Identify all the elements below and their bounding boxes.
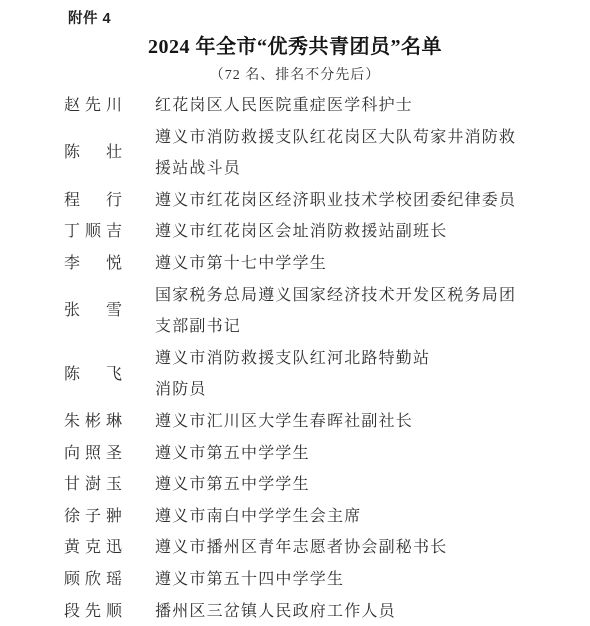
list-item: 程 行 遵义市红花岗区经济职业技术学校团委纪律委员: [64, 185, 580, 217]
list-item: 徐子翀 遵义市南白中学学生会主席: [64, 501, 580, 533]
list-item: 丁顺吉 遵义市红花岗区会址消防救援站副班长: [64, 216, 580, 248]
member-name: 张 雪: [64, 295, 122, 327]
list-item: 张 雪 国家税务总局遵义国家经济技术开发区税务局团支部副书记: [64, 280, 580, 343]
member-affiliation: 遵义市红花岗区经济职业技术学校团委纪律委员: [155, 185, 516, 217]
affiliation-line: 遵义市红花岗区经济职业技术学校团委纪律委员: [155, 185, 516, 217]
affiliation-line: 遵义市播州区青年志愿者协会副秘书长: [155, 532, 447, 564]
member-name: 丁顺吉: [64, 216, 122, 248]
affiliation-line: 遵义市第五中学学生: [155, 469, 310, 501]
member-affiliation: 国家税务总局遵义国家经济技术开发区税务局团支部副书记: [155, 280, 516, 343]
affiliation-line: 遵义市消防救援支队红花岗区大队苟家井消防救: [155, 122, 516, 154]
member-affiliation: 遵义市第五中学学生: [155, 438, 310, 470]
member-name: 段先顺: [64, 596, 122, 626]
member-affiliation: 遵义市消防救援支队红河北路特勤站消防员: [155, 343, 430, 406]
member-affiliation: 遵义市消防救援支队红花岗区大队苟家井消防救援站战斗员: [155, 122, 516, 185]
attachment-label: 附件 4: [68, 7, 111, 28]
member-affiliation: 播州区三岔镇人民政府工作人员: [155, 596, 396, 626]
affiliation-line: 遵义市红花岗区会址消防救援站副班长: [155, 216, 447, 248]
member-name: 向照圣: [64, 438, 122, 470]
member-affiliation: 遵义市第五十四中学学生: [155, 564, 344, 596]
member-name: 朱彬琳: [64, 406, 122, 438]
affiliation-line: 遵义市汇川区大学生春晖社副社长: [155, 406, 413, 438]
list-item: 陈 飞 遵义市消防救援支队红河北路特勤站消防员: [64, 343, 580, 406]
member-affiliation: 遵义市播州区青年志愿者协会副秘书长: [155, 532, 447, 564]
list-item: 黄克迅 遵义市播州区青年志愿者协会副秘书长: [64, 532, 580, 564]
member-name: 陈 壮: [64, 137, 122, 169]
member-name: 黄克迅: [64, 532, 122, 564]
member-affiliation: 遵义市红花岗区会址消防救援站副班长: [155, 216, 447, 248]
list-item: 向照圣 遵义市第五中学学生: [64, 438, 580, 470]
member-affiliation: 遵义市第十七中学学生: [155, 248, 327, 280]
affiliation-line: 遵义市南白中学学生会主席: [155, 501, 361, 533]
affiliation-line: 播州区三岔镇人民政府工作人员: [155, 596, 396, 626]
list-item: 李 悦 遵义市第十七中学学生: [64, 248, 580, 280]
affiliation-line: 遵义市第十七中学学生: [155, 248, 327, 280]
list-item: 陈 壮 遵义市消防救援支队红花岗区大队苟家井消防救援站战斗员: [64, 122, 580, 185]
member-name: 陈 飞: [64, 359, 122, 391]
member-name: 甘澍玉: [64, 469, 122, 501]
member-name: 李 悦: [64, 248, 122, 280]
affiliation-line: 消防员: [155, 374, 430, 406]
award-recipient-list: 赵先川 红花岗区人民医院重症医学科护士 陈 壮 遵义市消防救援支队红花岗区大队苟…: [64, 90, 580, 626]
member-affiliation: 遵义市第五中学学生: [155, 469, 310, 501]
affiliation-line: 遵义市第五十四中学学生: [155, 564, 344, 596]
affiliation-line: 红花岗区人民医院重症医学科护士: [155, 90, 413, 122]
list-item: 朱彬琳 遵义市汇川区大学生春晖社副社长: [64, 406, 580, 438]
affiliation-line: 遵义市消防救援支队红河北路特勤站: [155, 343, 430, 375]
list-item: 赵先川 红花岗区人民医院重症医学科护士: [64, 90, 580, 122]
list-item: 甘澍玉 遵义市第五中学学生: [64, 469, 580, 501]
affiliation-line: 援站战斗员: [155, 153, 516, 185]
list-item: 段先顺 播州区三岔镇人民政府工作人员: [64, 596, 580, 626]
document-page: 附件 4 2024 年全市“优秀共青团员”名单 （72 名、排名不分先后） 赵先…: [0, 0, 590, 626]
page-title: 2024 年全市“优秀共青团员”名单: [0, 30, 590, 59]
affiliation-line: 支部副书记: [155, 311, 516, 343]
member-name: 程 行: [64, 185, 122, 217]
member-affiliation: 红花岗区人民医院重症医学科护士: [155, 90, 413, 122]
member-name: 徐子翀: [64, 501, 122, 533]
member-name: 赵先川: [64, 90, 122, 122]
member-name: 顾欣瑶: [64, 564, 122, 596]
affiliation-line: 遵义市第五中学学生: [155, 438, 310, 470]
affiliation-line: 国家税务总局遵义国家经济技术开发区税务局团: [155, 280, 516, 312]
member-affiliation: 遵义市南白中学学生会主席: [155, 501, 361, 533]
list-item: 顾欣瑶 遵义市第五十四中学学生: [64, 564, 580, 596]
page-subtitle: （72 名、排名不分先后）: [0, 64, 590, 84]
member-affiliation: 遵义市汇川区大学生春晖社副社长: [155, 406, 413, 438]
